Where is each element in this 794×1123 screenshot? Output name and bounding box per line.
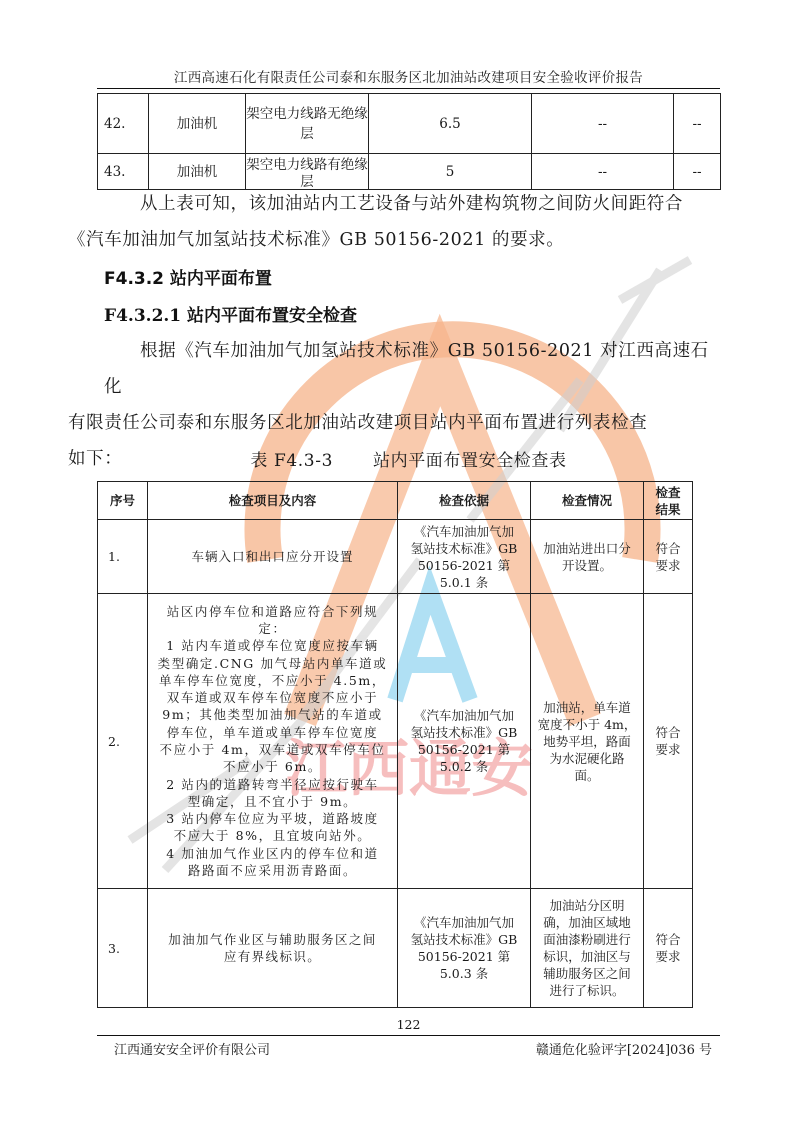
item-line: 3 站内停车位应为平坡，道路坡度 xyxy=(154,810,391,827)
result-cell: -- xyxy=(674,154,721,190)
equipment-cell: 加油机 xyxy=(149,94,246,154)
result-line: 要求 xyxy=(648,741,688,758)
paragraph-line: 从上表可知，该加油站内工艺设备与站外建构筑物之间防火间距符合 xyxy=(104,186,718,222)
document-page: 江西通安 江西高速石化有限责任公司泰和东服务区北加油站改建项目安全验收评价报告 … xyxy=(0,0,794,1123)
table-caption-id: 表 F4.3-3 xyxy=(250,451,333,471)
conclusion-paragraph: 从上表可知，该加油站内工艺设备与站外建构筑物之间防火间距符合 《汽车加油加气加氢… xyxy=(104,186,718,258)
item-line: 加油加气作业区与辅助服务区之间 xyxy=(152,931,393,948)
footer-divider xyxy=(97,1035,720,1036)
item-line: 1 站内车道或停车位宽度应按车辆 xyxy=(154,637,391,654)
fire-distance-table-continued: 42. 加油机 架空电力线路无绝缘 层 6.5 -- -- 43. 加油机 架空… xyxy=(97,93,721,190)
item-line: 2 站内的道路转弯半径应按行驶车 xyxy=(154,776,391,793)
actual-distance-cell: -- xyxy=(532,94,674,154)
basis-line: 氢站技术标准》GB xyxy=(402,540,526,557)
object-text-line: 架空电力线路有绝缘 xyxy=(246,155,368,175)
paragraph-line: 有限责任公司泰和东服务区北加油站改建项目站内平面布置进行列表检查 xyxy=(104,405,718,441)
header-item: 检查项目及内容 xyxy=(148,482,398,520)
paragraph-line: 根据《汽车加油加气加氢站技术标准》GB 50156-2021 对江西高速石化 xyxy=(104,333,718,405)
row-number: 2. xyxy=(98,594,148,889)
item-line: 双车道或双车停车位宽度不应小于 xyxy=(154,689,391,706)
status-line: 加油站分区明 xyxy=(535,897,639,914)
status-cell: 加油站分区明 确，加油区域地 面油漆粉刷进行 标识，加油区与 辅助服务区之间 进… xyxy=(531,889,644,1008)
basis-cell: 《汽车加油加气加 氢站技术标准》GB 50156-2021 第 5.0.1 条 xyxy=(398,520,531,594)
item-line: 站区内停车位和道路应符合下列规 xyxy=(154,603,391,620)
row-number: 3. xyxy=(98,889,148,1008)
table-row: 42. 加油机 架空电力线路无绝缘 层 6.5 -- -- xyxy=(98,94,721,154)
item-line: 应有界线标识。 xyxy=(152,948,393,965)
row-number: 1. xyxy=(98,520,148,594)
basis-line: 50156-2021 第 xyxy=(402,741,526,758)
table-row: 1. 车辆入口和出口应分开设置 《汽车加油加气加 氢站技术标准》GB 50156… xyxy=(98,520,693,594)
row-number: 43. xyxy=(98,154,149,190)
item-line: 单车停车位宽度，不应小于 4.5m， xyxy=(154,672,391,689)
table-row: 3. 加油加气作业区与辅助服务区之间 应有界线标识。 《汽车加油加气加 氢站技术… xyxy=(98,889,693,1008)
actual-distance-cell: -- xyxy=(532,154,674,190)
object-cell: 架空电力线路有绝缘 层 xyxy=(246,154,369,190)
paragraph-line: 《汽车加油加气加氢站技术标准》GB 50156-2021 的要求。 xyxy=(104,222,718,258)
header-status: 检查情况 xyxy=(531,482,644,520)
basis-line: 《汽车加油加气加 xyxy=(402,523,526,540)
basis-line: 50156-2021 第 xyxy=(402,948,526,965)
item-line: 型确定，且不宜小于 9m。 xyxy=(154,793,391,810)
item-line: 类型确定.CNG 加气母站内单车道或 xyxy=(154,655,391,672)
header-result: 检查 结果 xyxy=(644,482,693,520)
object-text-line: 层 xyxy=(246,124,368,144)
check-item-cell: 车辆入口和出口应分开设置 xyxy=(148,520,398,594)
status-line: 标识，加油区与 xyxy=(535,948,639,965)
equipment-cell: 加油机 xyxy=(149,154,246,190)
status-line: 加油站，单车道 xyxy=(535,699,639,716)
header-divider xyxy=(97,88,720,89)
table-caption: 表 F4.3-3站内平面布置安全检查表 xyxy=(97,446,720,471)
status-line: 面油漆粉刷进行 xyxy=(535,931,639,948)
table-row: 43. 加油机 架空电力线路有绝缘 层 5 -- -- xyxy=(98,154,721,190)
result-cell: 符合 要求 xyxy=(644,594,693,889)
item-line: 停车位，单车道或单车停车位宽度 xyxy=(154,724,391,741)
object-cell: 架空电力线路无绝缘 层 xyxy=(246,94,369,154)
basis-line: 50156-2021 第 xyxy=(402,557,526,574)
table-row: 2. 站区内停车位和道路应符合下列规 定： 1 站内车道或停车位宽度应按车辆 类… xyxy=(98,594,693,889)
basis-line: 5.0.3 条 xyxy=(402,965,526,982)
result-cell: -- xyxy=(674,94,721,154)
item-line: 9m；其他类型加油加气站的车道或 xyxy=(154,706,391,723)
basis-line: 《汽车加油加气加 xyxy=(402,914,526,931)
row-number: 42. xyxy=(98,94,149,154)
basis-line: 5.0.1 条 xyxy=(402,574,526,591)
status-line: 为水泥硬化路 xyxy=(535,750,639,767)
basis-cell: 《汽车加油加气加 氢站技术标准》GB 50156-2021 第 5.0.3 条 xyxy=(398,889,531,1008)
item-line: 不应小于 6m。 xyxy=(154,758,391,775)
status-line: 开设置。 xyxy=(535,557,639,574)
header-no: 序号 xyxy=(98,482,148,520)
table-header-row: 序号 检查项目及内容 检查依据 检查情况 检查 结果 xyxy=(98,482,693,520)
page-number: 122 xyxy=(97,1017,720,1032)
status-cell: 加油站进出口分 开设置。 xyxy=(531,520,644,594)
status-line: 面。 xyxy=(535,767,639,784)
item-line: 路路面不应采用沥青路面。 xyxy=(154,862,391,879)
item-line: 不应大于 8%，且宜坡向站外。 xyxy=(154,827,391,844)
item-line: 4 加油加气作业区内的停车位和道 xyxy=(154,845,391,862)
status-line: 宽度不小于 4m， xyxy=(535,716,639,733)
footer-company: 江西通安安全评价有限公司 xyxy=(114,1039,270,1058)
basis-line: 《汽车加油加气加 xyxy=(402,707,526,724)
result-line: 符合 xyxy=(648,540,688,557)
layout-safety-check-table: 序号 检查项目及内容 检查依据 检查情况 检查 结果 1. 车辆入口和出口应分开… xyxy=(97,481,693,1008)
subsection-heading: F4.3.2.1 站内平面布置安全检查 xyxy=(104,301,357,326)
footer-doc-number: 赣通危化验评字[2024]036 号 xyxy=(536,1039,712,1058)
basis-cell: 《汽车加油加气加 氢站技术标准》GB 50156-2021 第 5.0.2 条 xyxy=(398,594,531,889)
header-basis: 检查依据 xyxy=(398,482,531,520)
check-item-cell: 加油加气作业区与辅助服务区之间 应有界线标识。 xyxy=(148,889,398,1008)
result-cell: 符合 要求 xyxy=(644,889,693,1008)
result-cell: 符合 要求 xyxy=(644,520,693,594)
status-cell: 加油站，单车道 宽度不小于 4m， 地势平坦，路面 为水泥硬化路 面。 xyxy=(531,594,644,889)
status-line: 确，加油区域地 xyxy=(535,914,639,931)
header-result-line: 检查 xyxy=(644,484,692,501)
section-heading: F4.3.2 站内平面布置 xyxy=(104,264,272,289)
status-line: 地势平坦，路面 xyxy=(535,733,639,750)
required-distance-cell: 5 xyxy=(369,154,532,190)
item-line: 定： xyxy=(154,620,391,637)
result-line: 符合 xyxy=(648,724,688,741)
basis-line: 5.0.2 条 xyxy=(402,758,526,775)
required-distance-cell: 6.5 xyxy=(369,94,532,154)
basis-line: 氢站技术标准》GB xyxy=(402,724,526,741)
status-line: 进行了标识。 xyxy=(535,982,639,999)
status-line: 辅助服务区之间 xyxy=(535,965,639,982)
result-line: 符合 xyxy=(648,931,688,948)
result-line: 要求 xyxy=(648,948,688,965)
basis-line: 氢站技术标准》GB xyxy=(402,931,526,948)
header-result-line: 结果 xyxy=(644,501,692,518)
status-line: 加油站进出口分 xyxy=(535,540,639,557)
table-caption-title: 站内平面布置安全检查表 xyxy=(373,451,567,471)
object-text-line: 架空电力线路无绝缘 xyxy=(246,104,368,124)
result-line: 要求 xyxy=(648,557,688,574)
running-header-title: 江西高速石化有限责任公司泰和东服务区北加油站改建项目安全验收评价报告 xyxy=(97,66,720,86)
check-item-cell: 站区内停车位和道路应符合下列规 定： 1 站内车道或停车位宽度应按车辆 类型确定… xyxy=(148,594,398,889)
item-line: 不应小于 4m，双车道或双车停车位 xyxy=(154,741,391,758)
